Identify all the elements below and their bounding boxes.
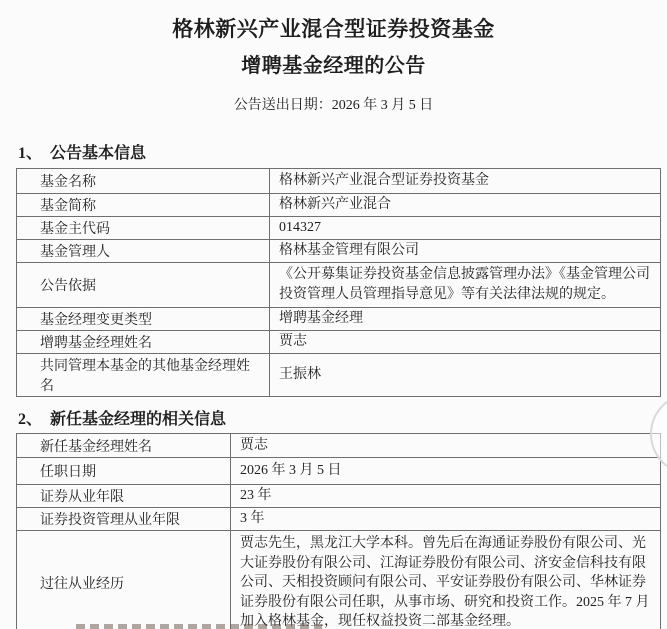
table-row-investment-management-years: 证券投资管理从业年限 3 年: [17, 508, 661, 531]
table-row-co-managers: 共同管理本基金的其他基金经理姓名 王振林: [17, 354, 661, 397]
table-row-announcement-basis: 公告依据 《公开募集证券投资基金信息披露管理办法》《基金管理公司投资管理人员管理…: [17, 263, 661, 308]
row-value: 贾志: [231, 434, 661, 458]
row-value: 增聘基金经理: [270, 308, 661, 331]
row-label: 过往从业经历: [17, 531, 231, 629]
row-value: 3 年: [231, 508, 661, 531]
section2-heading: 2、 新任基金经理的相关信息: [18, 406, 226, 429]
row-value: 014327: [270, 217, 661, 240]
new-manager-info-table: 新任基金经理姓名 贾志 任职日期 2026 年 3 月 5 日 证券从业年限 2…: [16, 433, 661, 629]
row-label: 增聘基金经理姓名: [17, 331, 270, 354]
row-label: 共同管理本基金的其他基金经理姓名: [17, 354, 270, 397]
table-row-fund-name: 基金名称 格林新兴产业混合型证券投资基金: [17, 169, 661, 194]
table-row-change-type: 基金经理变更类型 增聘基金经理: [17, 308, 661, 331]
basic-info-table: 基金名称 格林新兴产业混合型证券投资基金 基金简称 格林新兴产业混合 基金主代码…: [16, 168, 661, 397]
table-row-fund-manager-company: 基金管理人 格林基金管理有限公司: [17, 240, 661, 263]
table-row-new-manager-name: 增聘基金经理姓名 贾志: [17, 331, 661, 354]
row-label: 证券从业年限: [17, 485, 231, 508]
row-label: 任职日期: [17, 458, 231, 485]
row-value: 《公开募集证券投资基金信息披露管理办法》《基金管理公司投资管理人员管理指导意见》…: [270, 263, 661, 308]
table-row-fund-code: 基金主代码 014327: [17, 217, 661, 240]
row-label: 公告依据: [17, 263, 270, 308]
row-label: 基金主代码: [17, 217, 270, 240]
announcement-document: { "page": { "title_line1": "格林新兴产业混合型证券投…: [0, 0, 667, 629]
row-value: 贾志: [270, 331, 661, 354]
table-row-manager-name: 新任基金经理姓名 贾志: [17, 434, 661, 458]
clipped-text-fragment: [76, 624, 322, 629]
row-label: 证券投资管理从业年限: [17, 508, 231, 531]
doc-title-line-1: 格林新兴产业混合型证券投资基金: [0, 13, 667, 43]
row-value: 格林基金管理有限公司: [270, 240, 661, 263]
announcement-date-line: 公告送出日期：2026 年 3 月 5 日: [0, 94, 667, 114]
row-value: 格林新兴产业混合型证券投资基金: [270, 169, 661, 194]
table-row-appointment-date: 任职日期 2026 年 3 月 5 日: [17, 458, 661, 485]
row-label: 基金简称: [17, 194, 270, 217]
row-value: 2026 年 3 月 5 日: [231, 458, 661, 485]
row-value: 王振林: [270, 354, 661, 397]
doc-title-line-2: 增聘基金经理的公告: [0, 49, 667, 78]
row-label: 新任基金经理姓名: [17, 434, 231, 458]
row-label: 基金管理人: [17, 240, 270, 263]
row-label: 基金经理变更类型: [17, 308, 270, 331]
section1-heading: 1、 公告基本信息: [18, 140, 146, 163]
row-value: 23 年: [231, 485, 661, 508]
table-row-past-experience: 过往从业经历 贾志先生，黑龙江大学本科。曾先后在海通证券股份有限公司、光大证券股…: [17, 531, 661, 629]
row-value: 贾志先生，黑龙江大学本科。曾先后在海通证券股份有限公司、光大证券股份有限公司、江…: [231, 531, 661, 629]
table-row-securities-experience-years: 证券从业年限 23 年: [17, 485, 661, 508]
table-row-fund-short-name: 基金简称 格林新兴产业混合: [17, 194, 661, 217]
row-value: 格林新兴产业混合: [270, 194, 661, 217]
row-label: 基金名称: [17, 169, 270, 194]
